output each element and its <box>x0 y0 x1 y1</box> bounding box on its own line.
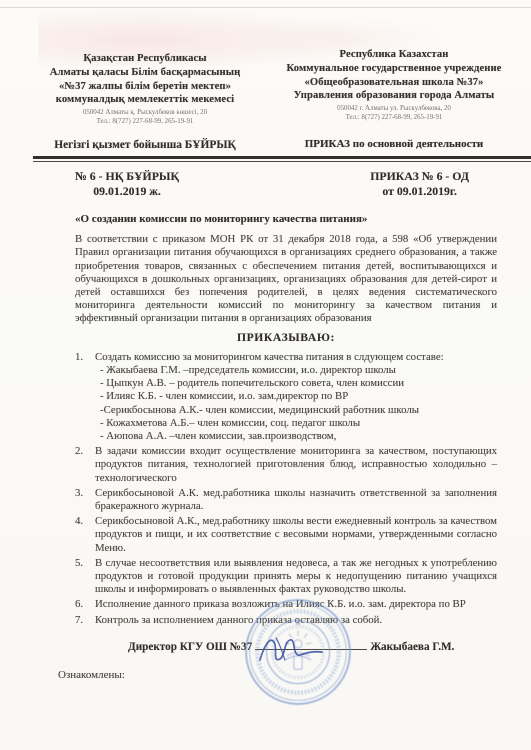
directive-heading: ПРИКАЗЫВАЮ: <box>75 331 497 344</box>
item-text: Исполнение данного приказа возложить на … <box>95 598 497 611</box>
org-address-phone: Тел.: 8(727) 227-68-99, 265-19-91 <box>266 114 522 123</box>
org-name-line: Қазақстан Республикасы <box>28 52 262 66</box>
org-name-line: Коммунальное государственное учреждение <box>266 62 522 76</box>
org-name-line: Республика Казахстан <box>266 48 522 62</box>
org-address-street: 050042 г. Алматы ул. Рыскулбекова, 20 <box>266 105 522 114</box>
commission-member-line: - Цыпкун А.В. – родитель попечительского… <box>95 377 497 390</box>
org-name-line: «Общеобразовательная школа №37» <box>266 76 522 90</box>
order-number-ru: ПРИКАЗ № 6 - ОД от 09.01.2019г. <box>370 169 469 198</box>
order-item-1: 1. Создать комиссию за мониторингом каче… <box>75 351 497 443</box>
org-name-line: «№37 жалпы білім беретін мектеп» <box>28 80 262 94</box>
separator-rule <box>33 156 531 162</box>
item-number: 5. <box>75 557 95 597</box>
signer-name: Жакыбаева Г.М. <box>370 641 454 653</box>
item-text: Серикбосыновой А.К. мед.работника школы … <box>95 487 497 513</box>
item-number: 2. <box>75 445 95 485</box>
item-number: 4. <box>75 515 95 555</box>
item-text: В задачи комиссии входит осуществление м… <box>95 445 497 485</box>
order-item-5: 5. В случае несоответствия или выявления… <box>75 557 497 597</box>
org-address-phone: Тел.: 8(727) 227-68-99, 265-19-91 <box>28 118 262 127</box>
org-name-line: Алматы қаласы Білім басқармасының <box>28 66 262 80</box>
scanned-order-document: Қазақстан Республикасы Алматы қаласы Біл… <box>0 0 531 750</box>
order-item-4: 4. Серикбосыновой А.К., мед.работнику шк… <box>75 515 497 555</box>
order-subject: «О создании комиссии по мониторингу каче… <box>75 213 497 226</box>
item-text: В случае несоответствия или выявления не… <box>95 557 497 597</box>
order-type-kk: Негізгі қызмет бойынша БҰЙРЫҚ <box>28 139 262 151</box>
commission-member-line: -Серикбосынова А.К.- член комиссии, меди… <box>95 404 497 417</box>
org-header-kazakh: Қазақстан Республикасы Алматы қаласы Біл… <box>28 52 262 151</box>
org-name-line: Управления образования города Алматы <box>266 89 522 103</box>
order-number-ru-line: ПРИКАЗ № 6 - ОД <box>370 169 469 184</box>
order-number-kk: № 6 - НҚ БҰЙРЫҚ 09.01.2019 ж. <box>75 169 179 198</box>
order-number-row: № 6 - НҚ БҰЙРЫҚ 09.01.2019 ж. ПРИКАЗ № 6… <box>75 169 497 198</box>
item-number: 3. <box>75 487 95 513</box>
commission-member-line: - Кожахметова А.Б.– член комиссии, соц. … <box>95 417 497 430</box>
order-item-6: 6. Исполнение данного приказа возложить … <box>75 598 497 611</box>
signature-label: Директор КГУ ОШ №37 <box>128 641 252 653</box>
signature-line <box>255 640 367 650</box>
order-number-kk-line: № 6 - НҚ БҰЙРЫҚ <box>75 169 179 184</box>
item-number: 1. <box>75 351 95 443</box>
order-preamble: В соответствии с приказом МОН РК от 31 д… <box>75 233 497 325</box>
order-body: № 6 - НҚ БҰЙРЫҚ 09.01.2019 ж. ПРИКАЗ № 6… <box>75 169 497 682</box>
order-list: 1. Создать комиссию за мониторингом каче… <box>75 351 497 627</box>
item-text: Создать комиссию за мониторингом качеств… <box>95 351 497 443</box>
item-number: 6. <box>75 598 95 611</box>
commission-member-line: - Илияс К.Б. - член комиссии, и.о. зам.д… <box>95 390 497 403</box>
org-name-line: коммуналдық мемлекеттік мекемесі <box>28 93 262 107</box>
org-address: 050042 Алматы қ. Рыскулбеков көшесі, 20 … <box>28 109 262 127</box>
org-header-russian: Республика Казахстан Коммунальное госуда… <box>266 48 522 150</box>
acknowledged-label: Ознакомлены: <box>58 669 497 682</box>
org-address: 050042 г. Алматы ул. Рыскулбекова, 20 Те… <box>266 105 522 123</box>
order-date-ru: от 09.01.2019г. <box>370 184 469 199</box>
order-type-ru: ПРИКАЗ по основной деятельности <box>266 138 522 150</box>
scan-edge-line <box>0 7 531 8</box>
item-text-line: Создать комиссию за мониторингом качеств… <box>95 351 444 363</box>
order-item-2: 2. В задачи комиссии входит осуществлени… <box>75 445 497 485</box>
director-signature-row: Директор КГУ ОШ №37Жакыбаева Г.М. <box>128 640 497 654</box>
commission-member-line: - Жакыбаева Г.М. –председатель комиссии,… <box>95 364 497 377</box>
order-date-kk: 09.01.2019 ж. <box>75 184 179 199</box>
order-item-3: 3. Серикбосыновой А.К. мед.работника шко… <box>75 487 497 513</box>
order-item-7: 7. Контроль за исполнением данного прика… <box>75 614 497 627</box>
commission-member-line: - Аюпова А.А. –член комиссии, зав.произв… <box>95 430 497 443</box>
item-text: Контроль за исполнением данного приказа … <box>95 614 497 627</box>
item-number: 7. <box>75 614 95 627</box>
item-text: Серикбосыновой А.К., мед.работнику школы… <box>95 515 497 555</box>
org-address-street: 050042 Алматы қ. Рыскулбеков көшесі, 20 <box>28 109 262 118</box>
